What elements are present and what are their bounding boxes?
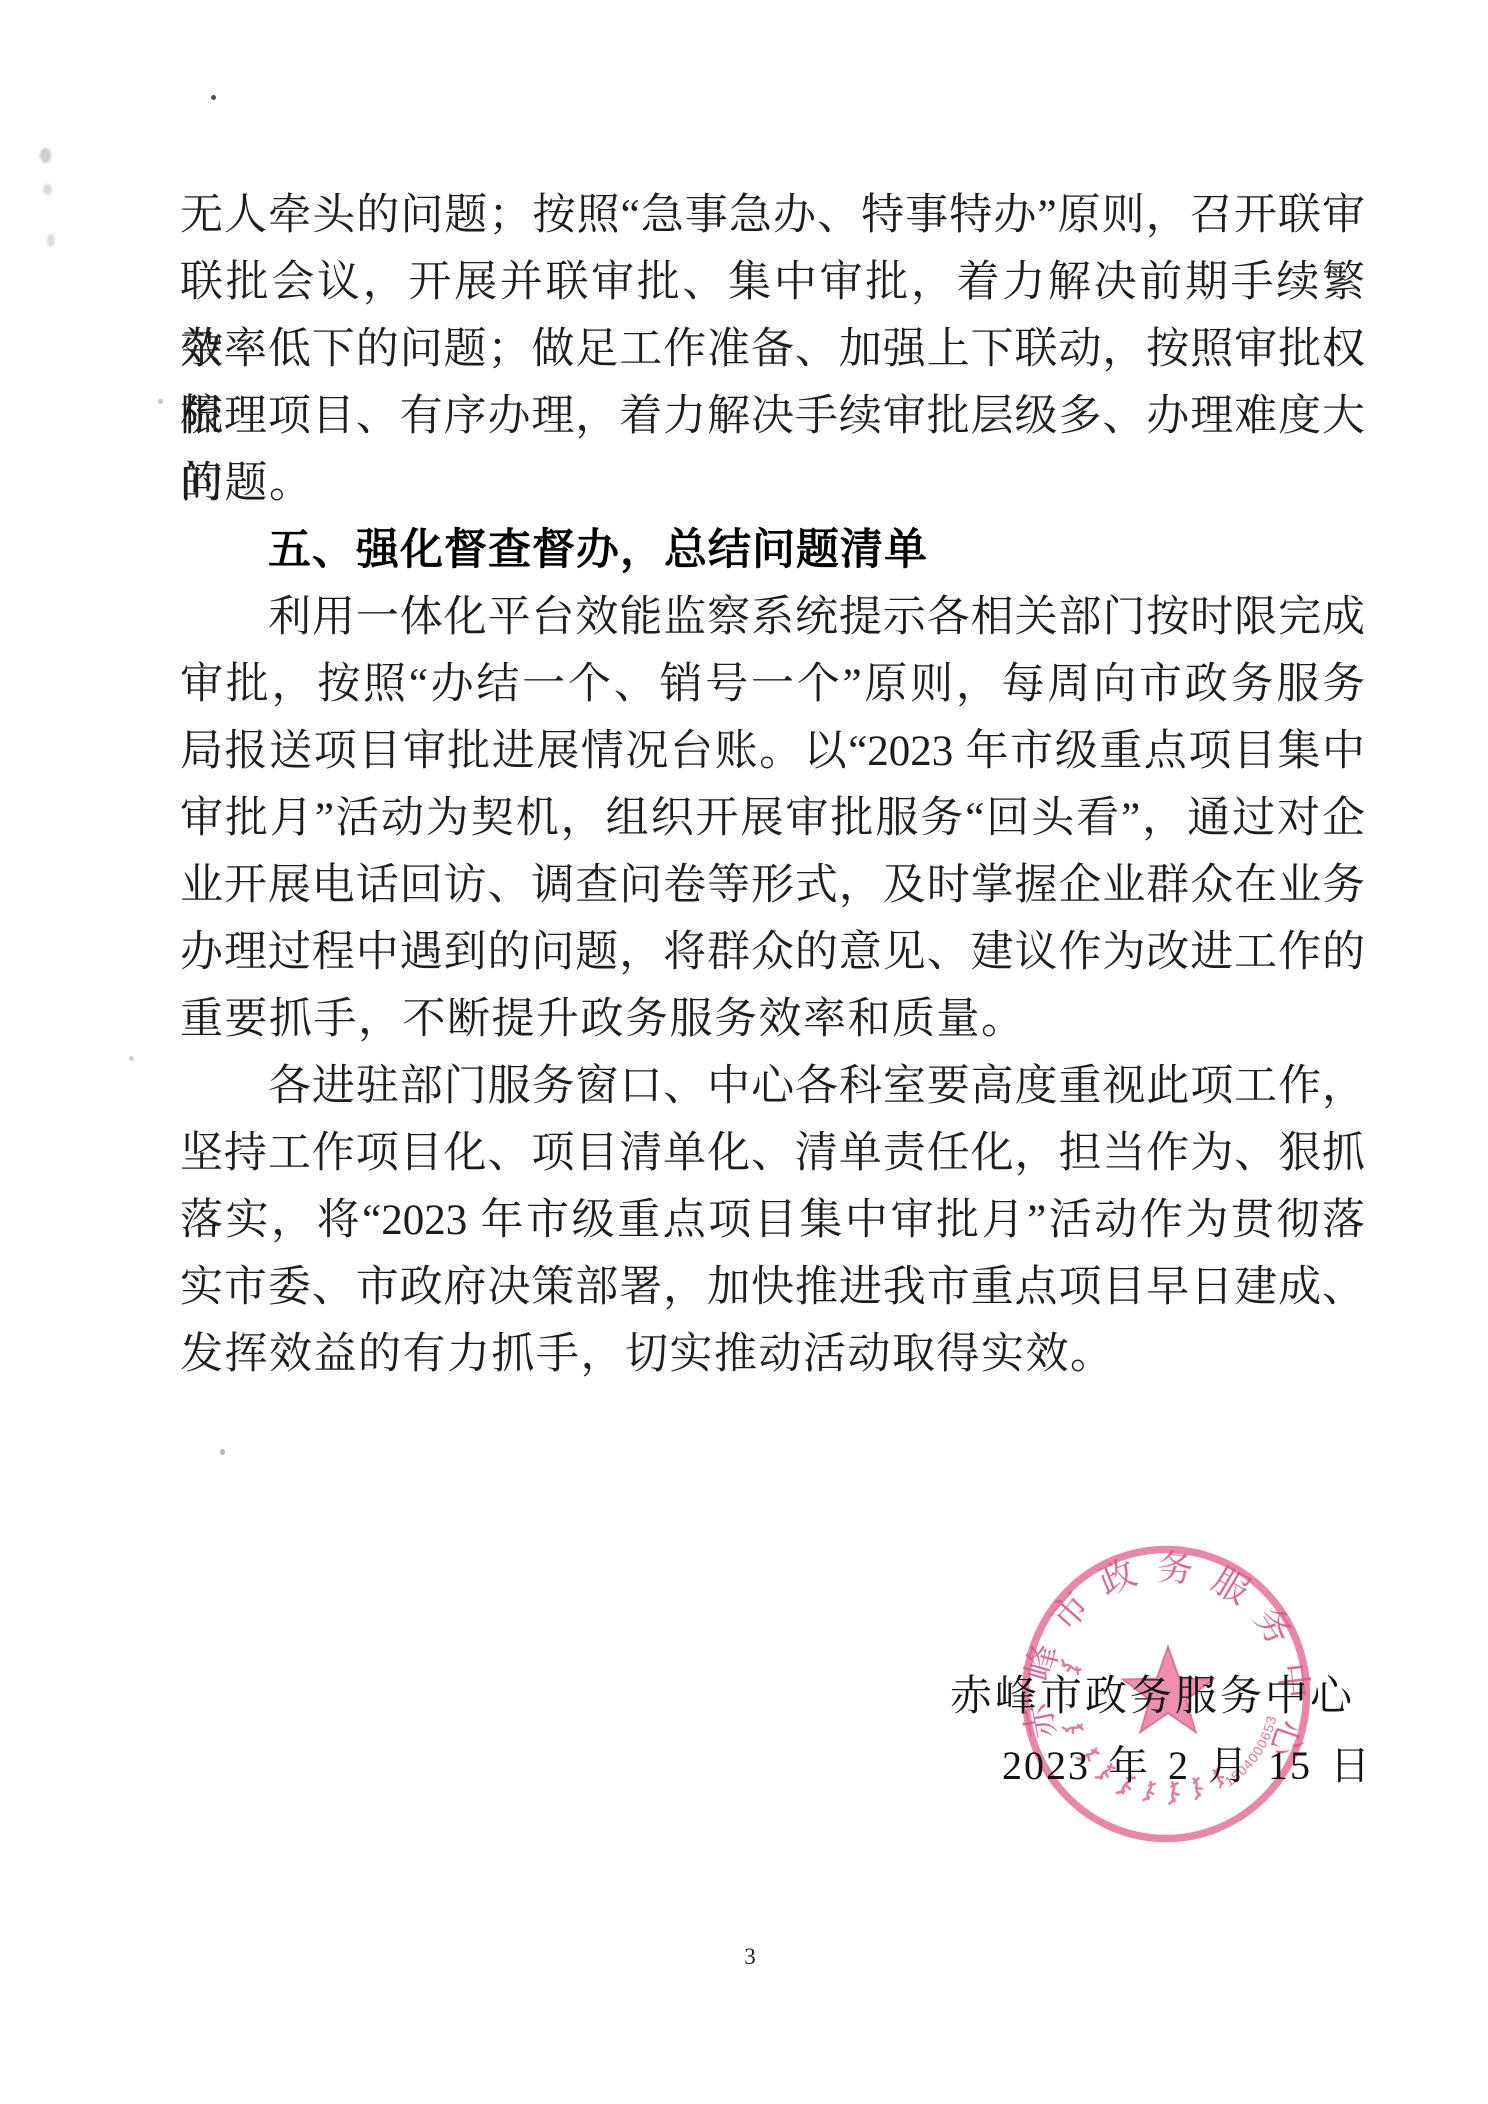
text-line: 发挥效益的有力抓手，切实推动活动取得实效。 — [180, 1321, 1365, 1388]
text-line: 联批会议，开展并联审批、集中审批，着力解决前期手续繁杂、 — [180, 249, 1365, 316]
text-line: 局报送项目审批进展情况台账。以“2023 年市级重点项目集中 — [180, 718, 1365, 785]
text-line: 重要抓手，不断提升政务服务效率和质量。 — [180, 986, 1365, 1053]
text-line: 办理过程中遇到的问题，将群众的意见、建议作为改进工作的 — [180, 919, 1365, 986]
text-line: 利用一体化平台效能监察系统提示各相关部门按时限完成 — [180, 584, 1365, 651]
scan-speck — [129, 1056, 134, 1061]
section-heading: 五、强化督查督办，总结问题清单 — [180, 517, 1365, 584]
text-line: 落实，将“2023 年市级重点项目集中审批月”活动作为贯彻落 — [180, 1187, 1365, 1254]
document-page: 无人牵头的问题；按照“急事急办、特事特办”原则，召开联审 联批会议，开展并联审批… — [0, 0, 1488, 2104]
scan-speck — [40, 148, 51, 163]
text-line: 效率低下的问题；做足工作准备、加强上下联动，按照审批权限 — [180, 316, 1365, 383]
scan-speck — [43, 184, 52, 195]
scan-speck — [158, 399, 163, 404]
signature-org-name: 赤峰市政务服务中心 — [950, 1674, 1355, 1720]
page-number: 3 — [720, 1944, 780, 1970]
scan-speck — [211, 95, 216, 100]
text-line: 实市委、市政府决策部署，加快推进我市重点项目早日建成、 — [180, 1254, 1365, 1321]
text-line: 梳理项目、有序办理，着力解决手续审批层级多、办理难度大的 — [180, 383, 1365, 450]
text-line: 坚持工作项目化、项目清单化、清单责任化，担当作为、狠抓 — [180, 1120, 1365, 1187]
text-line: 无人牵头的问题；按照“急事急办、特事特办”原则，召开联审 — [180, 182, 1365, 249]
text-line: 审批，按照“办结一个、销号一个”原则，每周向市政务服务 — [180, 651, 1365, 718]
text-line: 各进驻部门服务窗口、中心各科室要高度重视此项工作， — [180, 1053, 1365, 1120]
text-line: 问题。 — [180, 450, 1365, 517]
scan-speck — [220, 1449, 225, 1455]
scan-speck — [47, 234, 55, 247]
text-line: 业开展电话回访、调查问卷等形式，及时掌握企业群众在业务 — [180, 852, 1365, 919]
text-line: 审批月”活动为契机，组织开展审批服务“回头看”，通过对企 — [180, 785, 1365, 852]
signature-date: 2023 年 2 月 15 日 — [1002, 1744, 1372, 1788]
